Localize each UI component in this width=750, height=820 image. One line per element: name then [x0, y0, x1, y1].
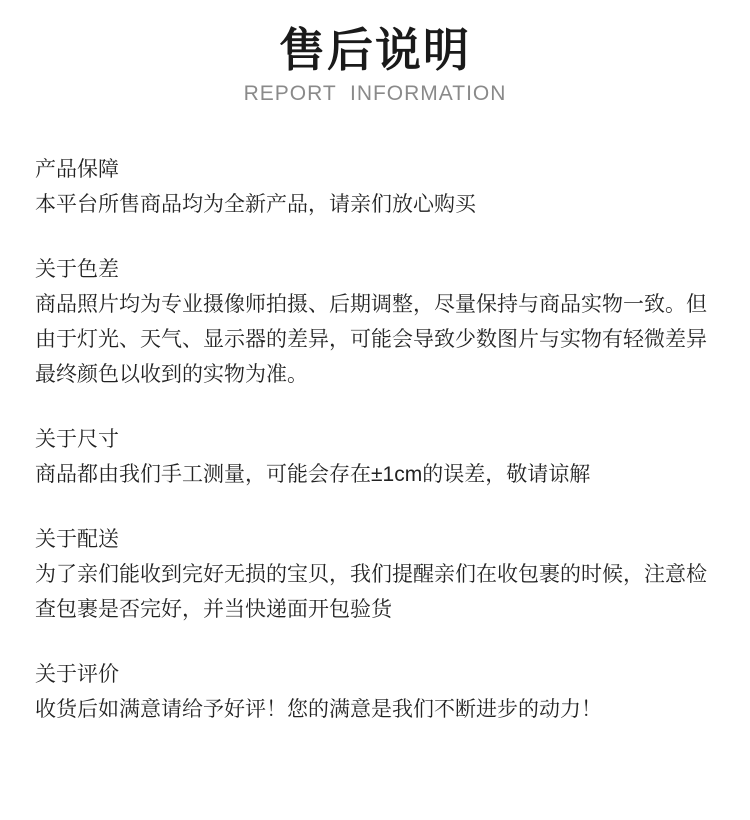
section-body-review: 收货后如满意请给予好评！您的满意是我们不断进步的动力！	[35, 692, 715, 727]
section-body-product-guarantee: 本平台所售商品均为全新产品，请亲们放心购买	[35, 187, 715, 222]
section-product-guarantee: 产品保障 本平台所售商品均为全新产品，请亲们放心购买	[35, 152, 715, 222]
after-sales-content: 产品保障 本平台所售商品均为全新产品，请亲们放心购买 关于色差 商品照片均为专业…	[0, 152, 750, 727]
section-body-size: 商品都由我们手工测量，可能会存在±1cm的误差，敬请谅解	[35, 457, 715, 492]
page-header: 售后说明 REPORT INFORMATION	[0, 0, 750, 106]
section-heading-review: 关于评价	[35, 657, 715, 692]
section-heading-color-difference: 关于色差	[35, 252, 715, 287]
section-shipping: 关于配送 为了亲们能收到完好无损的宝贝，我们提醒亲们在收包裹的时候，注意检 查包…	[35, 522, 715, 627]
section-heading-shipping: 关于配送	[35, 522, 715, 557]
section-body-color-difference: 商品照片均为专业摄像师拍摄、后期调整，尽量保持与商品实物一致。但 由于灯光、天气…	[35, 287, 715, 392]
page-title: 售后说明	[0, 20, 750, 80]
section-heading-product-guarantee: 产品保障	[35, 152, 715, 187]
section-heading-size: 关于尺寸	[35, 422, 715, 457]
section-body-shipping: 为了亲们能收到完好无损的宝贝，我们提醒亲们在收包裹的时候，注意检 查包裹是否完好…	[35, 557, 715, 627]
page-subtitle: REPORT INFORMATION	[0, 82, 750, 106]
section-color-difference: 关于色差 商品照片均为专业摄像师拍摄、后期调整，尽量保持与商品实物一致。但 由于…	[35, 252, 715, 392]
section-size: 关于尺寸 商品都由我们手工测量，可能会存在±1cm的误差，敬请谅解	[35, 422, 715, 492]
section-review: 关于评价 收货后如满意请给予好评！您的满意是我们不断进步的动力！	[35, 657, 715, 727]
